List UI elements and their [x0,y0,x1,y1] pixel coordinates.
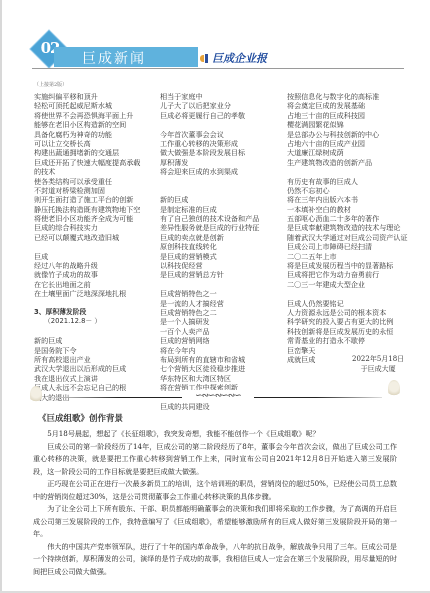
poem-line: 差异性服务就是巨成的行业特征 [160,223,259,232]
poem-line: 一百个人卖产品 [160,327,259,336]
poem-line: 是巨成的营销总方针 [160,270,259,279]
poem-line: 大道廉江绿树成荫 [287,148,408,157]
poem-line: 巨成必将更履行自己的孝敬 [160,111,259,120]
poem-line: 巨成 [34,252,140,261]
stanza-gap [160,280,259,289]
poem-line: 厚积薄发 [160,158,259,167]
section-title: 巨成新闻 [82,48,146,68]
poem-line: 在土壤里面广泛地深深地扎根 [34,289,140,298]
signature-date: 2022年5月18日 [352,354,404,364]
poem-line: 巨成的综合科技实力 [34,223,140,232]
poem-line: 就像竹子成功的故事 [34,270,140,279]
poem-line: 的技术 [34,167,140,176]
poem-line: 科学研究的投入要占有更大的比例 [287,317,408,326]
poem-line: 巨成人永远不会忘记自己的根 [34,383,140,392]
poem-column-1: 实施纠偏平移和顶升轻松可顶托起威尼斯水城将使世界不会再恐惧海平面上升能够在老旧小… [34,92,140,402]
stanza-gap [34,242,140,251]
page-edge [0,0,2,593]
poem-line: 构建出蔬通拥堵新的交通层 [34,148,140,157]
poem-line: 巨成的营销网络 [160,336,259,345]
poem-line: 七个营销大区徒役稳步推进 [160,364,259,373]
poem-line: 静压托换法构造既有建筑物地下空 [34,205,140,214]
poem-line: 一本填补空白的教材 [287,205,408,214]
poem-line: 是国务院下令 [34,346,140,355]
poem-line: 樱花满园繁花似锦 [287,120,408,129]
poem-line: 工作重心转移的决策形成 [160,139,259,148]
poem-line: 能够在老旧小区构造新的空间 [34,120,140,129]
poem-line: 做大做强是本阶段发展目标 [160,148,259,157]
stanza-gap [160,186,259,195]
stanza-gap [160,177,259,186]
poem-line: 二〇三一年建成大型企业 [287,280,408,289]
poem-line: 生产建筑物改造的创新产品 [287,158,408,167]
brand-mark-icon [200,54,209,63]
poem-line: 原创科技直线转化 [160,242,259,251]
section-header: 02 巨成新闻 巨成企业报 [32,30,404,70]
poem-line: 不封道对桥梁检测加固 [34,186,140,195]
stanza-gap [34,299,140,308]
poem-line: 新的巨成 [160,195,259,204]
continued-note: （上接第2版） [34,81,67,88]
poem-line: 是巨成的营销模式 [160,252,259,261]
poem-line: 将会迎来巨成的水到渠成 [160,167,259,176]
poem-line: 随着武汉大学通过对巨成公司资产认证 [287,233,408,242]
flourish-ornament-icon: ∽∾∽∾∽∾∽ [182,390,254,402]
poem-line: 占地六十亩的巨成产业园 [287,139,408,148]
brand-name: 巨成企业报 [212,50,267,66]
poem-line: 是一流的人才搞经营 [160,299,259,308]
poem-line: 儿子大了以后把家业分 [160,101,259,110]
poem-line: 经过八年的战略升级 [34,261,140,270]
essay-paragraph: 正巧现在公司正在进行一次最多新员工的培训，这个培训班的职员，营销岗位的超过50%… [33,478,397,503]
stanza-gap [160,120,259,129]
essay-body: 5月18号晨起，想起了《长征组歌》，我突发奇想，我能不能创作一个《巨成组歌》呢？… [33,428,397,578]
poem-line: 今年首次董事会会议 [160,130,259,139]
essay-title: 《巨成组歌》创作背景 [38,412,123,424]
poem-line: 巨成公司上市障碍已经扫清 [287,242,408,251]
poem-line: 以科技促经营 [160,261,259,270]
essay-paragraph: 巨成公司的第一阶段经历了14年，巨成公司的第二阶段经历了8年，董事会今年首次会议… [33,441,397,479]
poem-line: 有了自己独创的技术设备和产品 [160,214,259,223]
poem-line: 将是巨成发展历程当中的显著路标 [287,261,408,270]
poem-line: 我在退出仪式上演讲 [34,374,140,383]
essay-paragraph: 为了让全公司上下所有股东、干部、职员都能明确董事会的决策和我们即将采取的工作步骤… [33,503,397,541]
poem-line: 将使世界不会再恐惧海平面上升 [34,111,140,120]
poem-column-3: 按照信息化与数字化的高标准将会奠定巨成的发展基础占地三十亩的巨成科技园樱花满园繁… [287,92,408,364]
poem-line: 将在三年内出版六本书 [287,195,408,204]
poem-line: 在它长出地面之前 [34,280,140,289]
flower-ornament-icon [30,386,42,403]
poem-line: 华东特区和大湾区特区 [160,374,259,383]
poem-line: 人力资源永远是公司的根本资本 [287,308,408,317]
poem-line: 巨成营销特色之二 [160,308,259,317]
poem-line: 使各类结构可以承受重任 [34,177,140,186]
signature-place: 于巨成大厦 [352,364,404,374]
poem-line: 占地三十亩的巨成科技园 [287,111,408,120]
poem-line: 五部呕心沥血二十多年的著作 [287,214,408,223]
poem-line: 相当于家庭中 [160,92,259,101]
poem-line: 巨成还开拓了快速大幅度提高承载 [34,158,140,167]
poem-line: 仍然不忘初心 [287,186,408,195]
poem-line: 所有高校退出产业 [34,355,140,364]
poem-line: 则开生面打造了施工平台的创新 [34,195,140,204]
poem-line: 是制定标准的巨成 [160,205,259,214]
poem-line: 巨成的卖点就是创新 [160,233,259,242]
poem-line: （2021.12.8－ ） [34,317,140,326]
poem-line: 是总部办公与科技创新的中心 [287,130,408,139]
poem-line: 常青基业的打造永不歇停 [287,336,408,345]
poem-line: 新的巨成 [34,336,140,345]
poem-line: 巨成人仍然要铭记 [287,299,408,308]
flower-ornament-icon [388,380,400,397]
poem-line: 按照信息化与数字化的高标准 [287,92,408,101]
poem-signature: 2022年5月18日 于巨成大厦 [352,354,404,374]
poem-line: 是巨成奉献建筑物改造的技术与理论 [287,223,408,232]
poem-line: 3、厚积薄发阶段 [34,308,140,317]
poem-column-2: 相当于家庭中儿子大了以后把家业分巨成必将更履行自己的孝敬今年首次董事会会议工作重… [160,92,259,411]
poem-line: 将会奠定巨成的发展基础 [287,101,408,110]
poem-line: 巨成的共同建设 [160,402,259,411]
poem-line: 科技创新将是巨成发展历史的永恒 [287,327,408,336]
stanza-gap [34,327,140,336]
essay-paragraph: 伟大的中国共产党率领军队，进行了十年的国内革命战争，八年的抗日战争，解放战争只用… [33,541,397,579]
essay-paragraph: 5月18号晨起，想起了《长征组歌》，我突发奇想，我能不能创作一个《巨成组歌》呢？ [33,428,397,441]
poem-line: 已经可以颠覆式地改造旧城 [34,233,140,242]
poem-line: 布局到所有的直辖市和省城 [160,355,259,364]
brand-logo: 巨成企业报 [200,50,267,66]
poem-line: 实施纠偏平移和顶升 [34,92,140,101]
poem-line: 有历史有故事的巨成人 [287,177,408,186]
poem-line: 武汉大学退出以后形成的巨成 [34,364,140,373]
poem-line: 是一个人搞研发 [160,317,259,326]
poem-line: 巨成营销特色之一 [160,289,259,298]
poem-line: 具备化腐朽为神奇的功能 [34,130,140,139]
poem-line: 巨成将把它作为动力奋勇前行 [287,270,408,279]
poem-line: 轻松可顶托起威尼斯水城 [34,101,140,110]
poem-line: 可以让立交桥长高 [34,139,140,148]
stanza-gap [287,167,408,176]
header-divider [32,68,404,69]
poem-line: 将使老旧小区功能齐全成为可能 [34,214,140,223]
stanza-gap [287,289,408,298]
poem-line: 将在今年内 [160,346,259,355]
poem-line: 二〇二五年上市 [287,252,408,261]
